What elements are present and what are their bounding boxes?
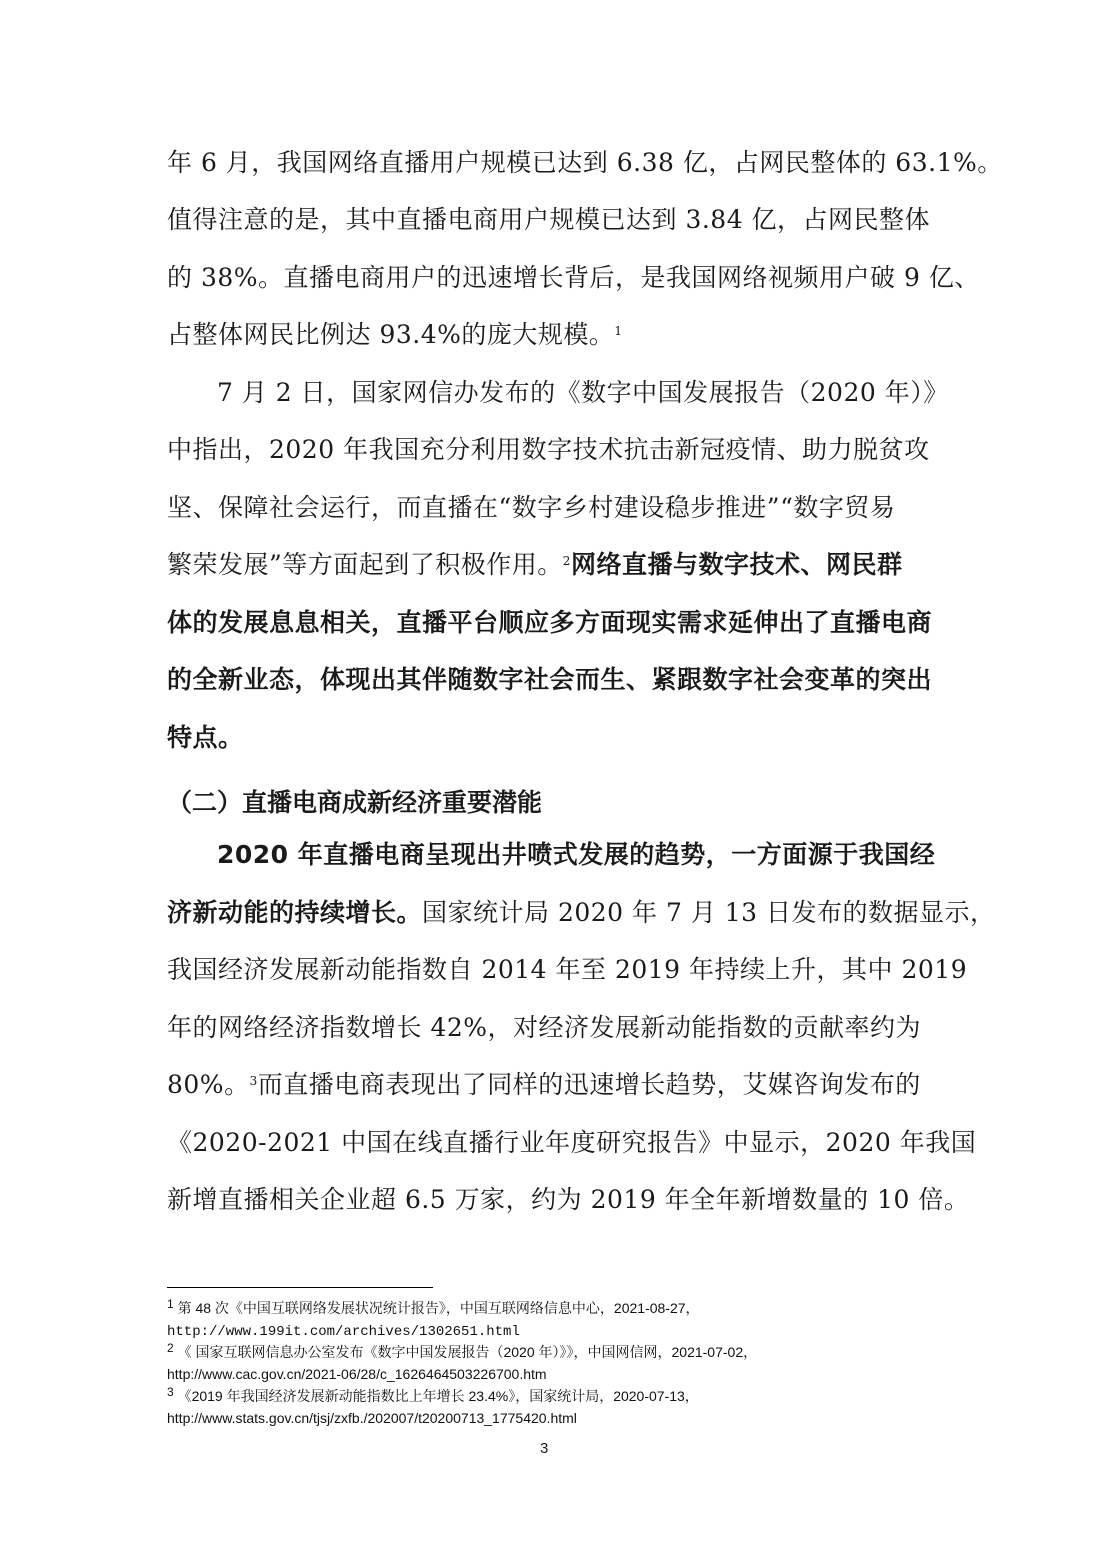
emphasis-line: 的全新业态，体现出其伴随数字社会而生、紧跟数字社会变革的突出 <box>167 665 932 695</box>
footnote-2: 2 《 国家互联网信息办公室发布《数字中国发展报告（2020 年）》》，中国网信… <box>167 1341 757 1363</box>
text-line: 7 月 2 日，国家网信办发布的《数字中国发展报告（2020 年）》 <box>217 378 949 408</box>
emphasis-line: 体的发展息息相关，直播平台顺应多方面现实需求延伸出了直播电商 <box>167 608 932 638</box>
text-line: 我国经济发展新动能指数自 2014 年至 2019 年持续上升，其中 2019 <box>167 955 967 985</box>
text-line: 中指出，2020 年我国充分利用数字技术抗击新冠疫情、助力脱贫攻 <box>167 435 930 465</box>
footnote-ref-3[interactable]: 3 <box>250 1074 258 1088</box>
emphasis-line: 特点。 <box>167 723 244 753</box>
text-line: 值得注意的是，其中直播电商用户规模已达到 3.84 亿，占网民整体 <box>167 205 930 235</box>
text-line: 占整体网民比例达 93.4%的庞大规模。1 <box>167 320 623 350</box>
footnote-1-url[interactable]: http://www.199it.com/archives/1302651.ht… <box>167 1319 520 1343</box>
emphasis-line: 2020 年直播电商呈现出井喷式发展的趋势，一方面源于我国经 <box>217 840 935 870</box>
text-line: 新增直播相关企业超 6.5 万家，约为 2019 年全年新增数量的 10 倍。 <box>167 1185 969 1215</box>
text-line: 80%。3而直播电商表现出了同样的迅速增长趋势，艾媒咨询发布的 <box>167 1070 921 1100</box>
emphasis-text: 网络直播与数字技术、网民群 <box>571 550 903 579</box>
text-line: 《2020-2021 中国在线直播行业年度研究报告》中显示，2020 年我国 <box>167 1128 976 1158</box>
text-line: 年的网络经济指数增长 42%，对经济发展新动能指数的贡献率约为 <box>167 1013 921 1043</box>
section-heading: （二）直播电商成新经济重要潜能 <box>167 783 542 819</box>
footnote-ref-2[interactable]: 2 <box>563 554 571 568</box>
text-line: 繁荣发展”等方面起到了积极作用。2网络直播与数字技术、网民群 <box>167 550 902 580</box>
text-line: 年 6 月，我国网络直播用户规模已达到 6.38 亿，占网民整体的 63.1%。 <box>167 148 1003 178</box>
text-line: 济新动能的持续增长。国家统计局 2020 年 7 月 13 日发布的数据显示， <box>167 898 996 928</box>
footnote-separator <box>167 1287 433 1288</box>
text-line: 坚、保障社会运行，而直播在“数字乡村建设稳步推进”“数字贸易 <box>167 493 895 523</box>
footnote-3: 3 《2019 年我国经济发展新动能指数比上年增长 23.4%》，国家统计局，2… <box>167 1385 699 1407</box>
page-number: 3 <box>540 1440 548 1457</box>
footnote-ref-1[interactable]: 1 <box>614 324 622 338</box>
footnote-3-url[interactable]: http://www.stats.gov.cn/tjsj/zxfb./20200… <box>167 1407 577 1429</box>
text-line: 的 38%。直播电商用户的迅速增长背后，是我国网络视频用户破 9 亿、 <box>167 263 980 293</box>
footnote-2-url[interactable]: http://www.cac.gov.cn/2021-06/28/c_16264… <box>167 1363 547 1385</box>
footnote-1: 1 第 48 次《中国互联网络发展状况统计报告》，中国互联网络信息中心，2021… <box>167 1297 700 1319</box>
